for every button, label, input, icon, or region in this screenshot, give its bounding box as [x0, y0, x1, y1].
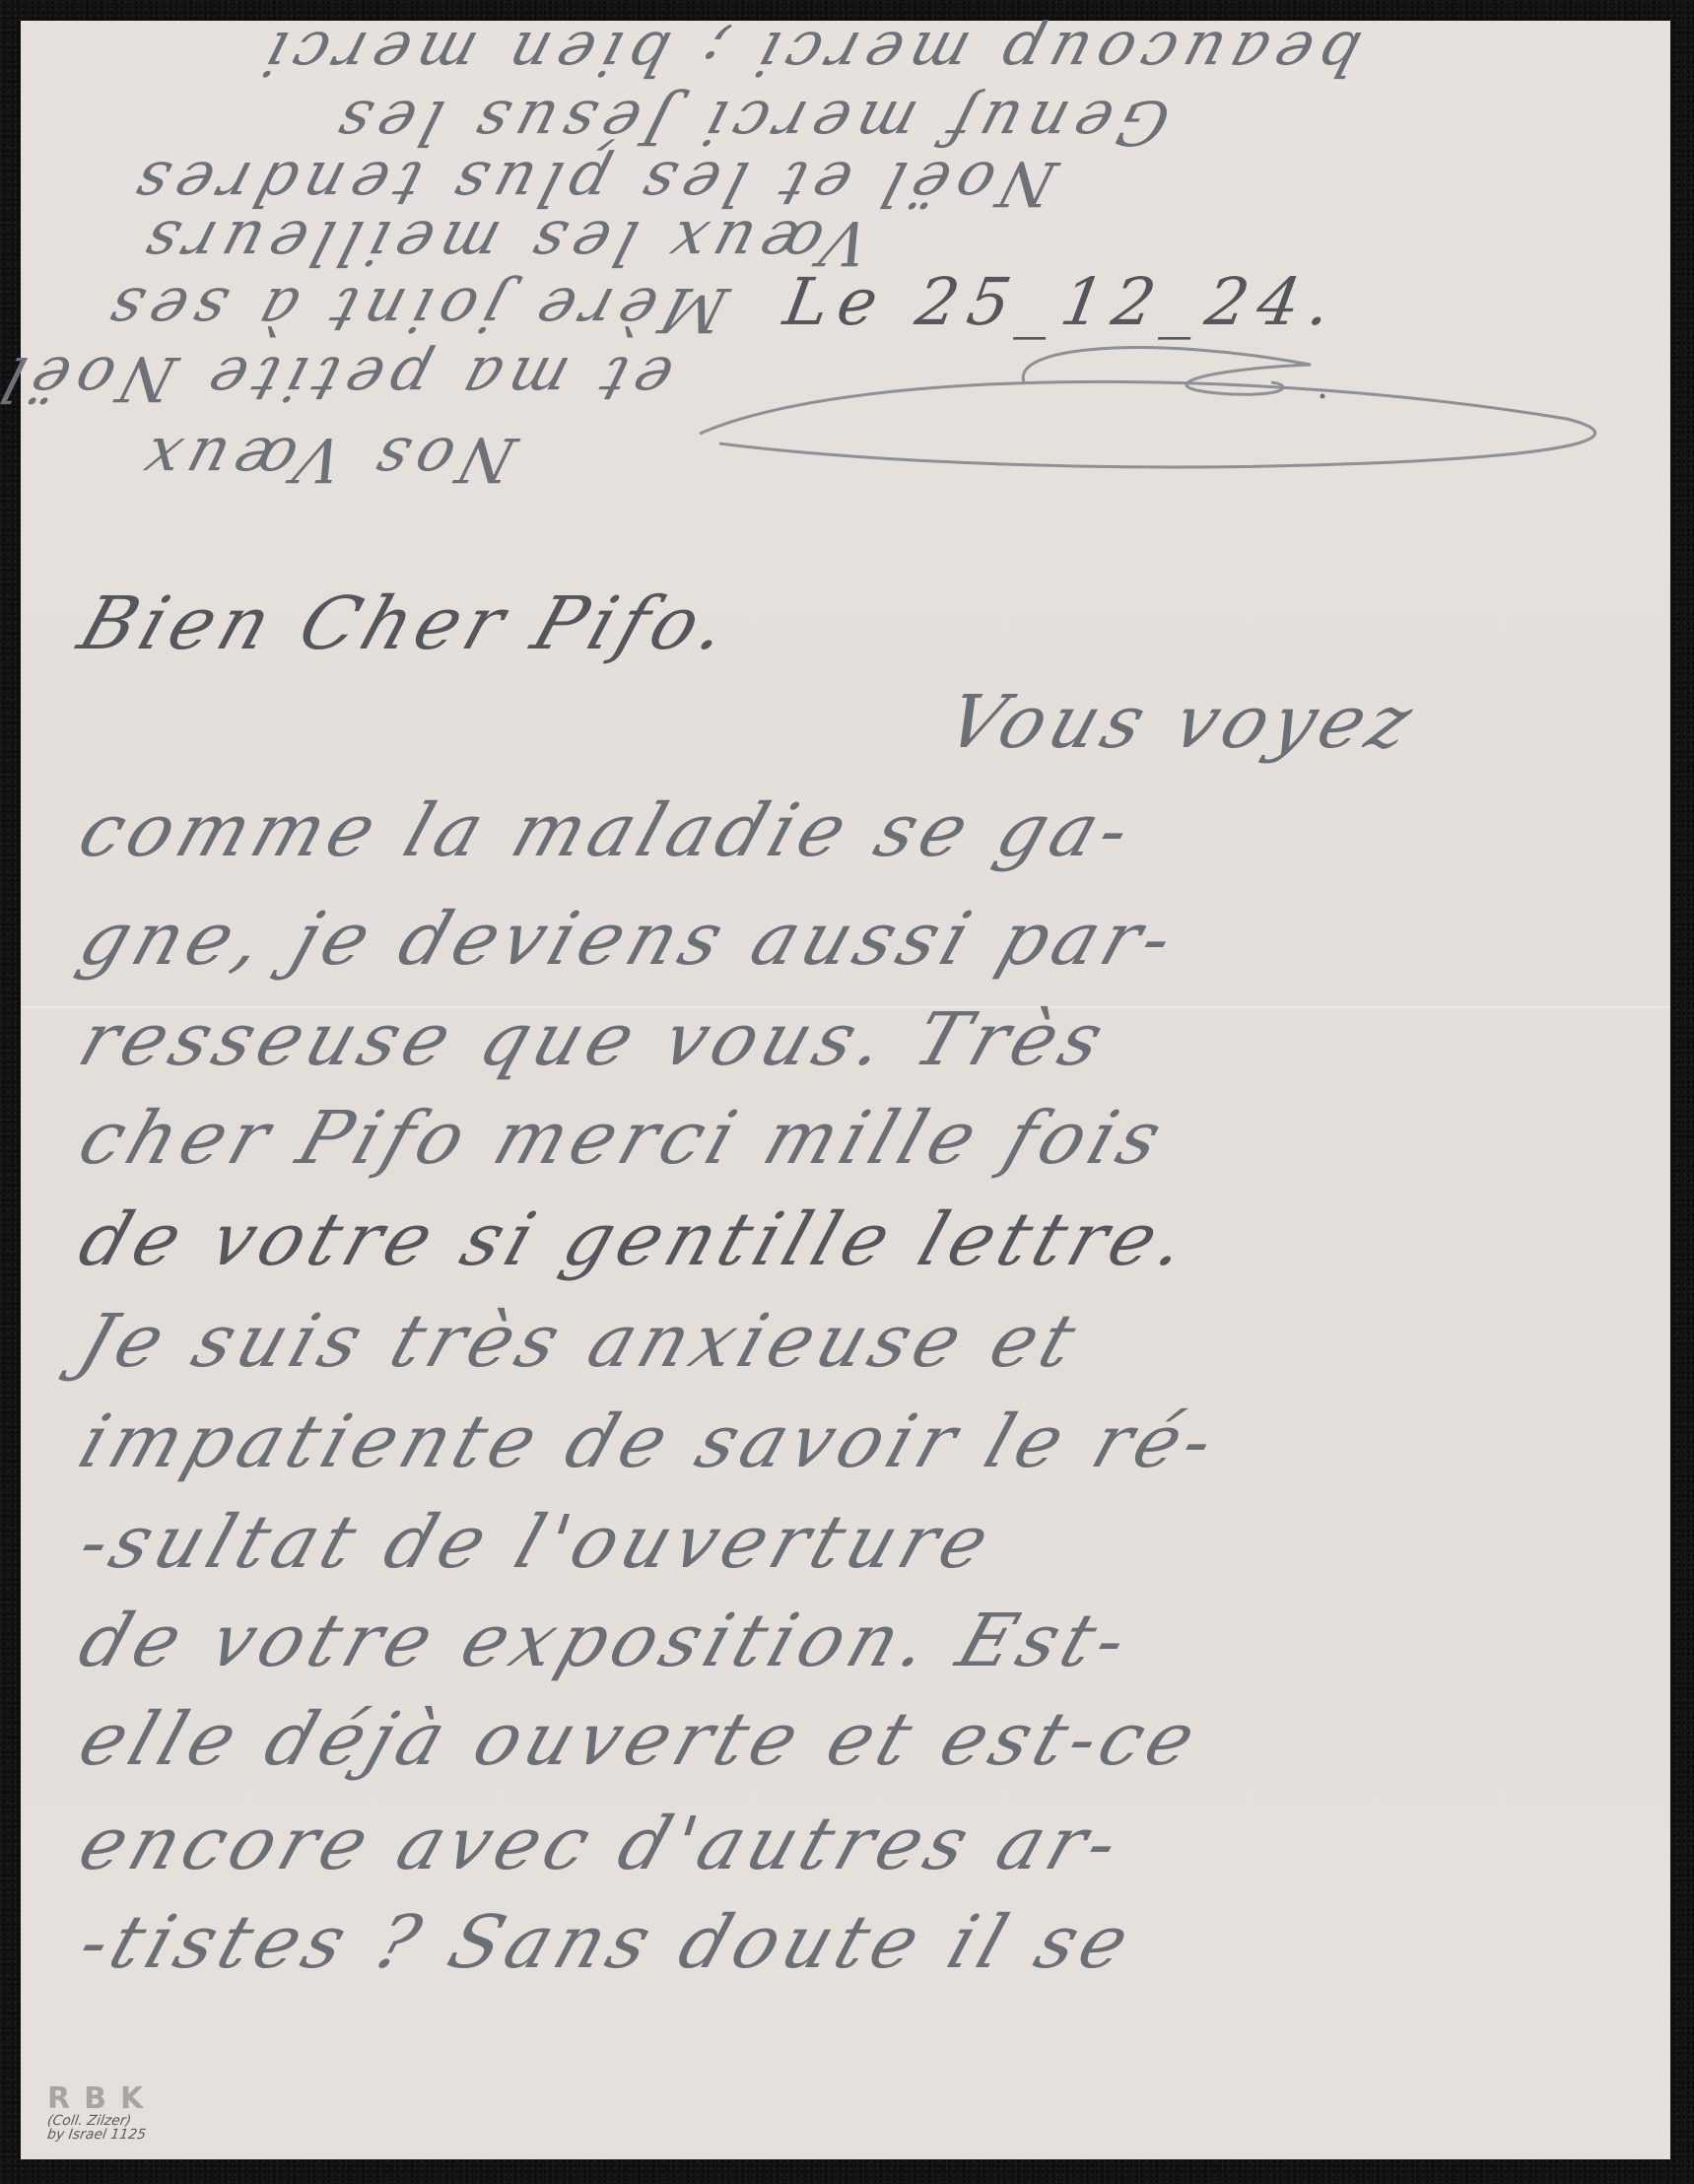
letter-body-line: comme la maladie se ga-	[69, 788, 1146, 873]
archive-note: by Israel 1125	[46, 2126, 159, 2144]
postscript-line: et ma petite Noël	[30, 343, 681, 415]
letter-body-line: elle déjà ouverte et est-ce	[69, 1697, 1211, 1782]
letter-body-line: -tistes ? Sans doute il se	[69, 1900, 1145, 1985]
archive-stamp: RBK (Coll. Zilzer) by Israel 1125	[47, 2082, 157, 2144]
letter-body-line: Vous voyez	[936, 680, 1428, 765]
letter-body-line: -sultat de l'ouverture	[69, 1500, 1005, 1585]
postscript-line: Nos Vœux	[39, 424, 612, 496]
signature-flourish	[680, 325, 1665, 483]
letter-body-line: Je suis très anxieuse et	[69, 1299, 1092, 1384]
letter-body-line: cher Pifo merci mille fois	[69, 1096, 1178, 1181]
letter-greeting: Bien Cher Pifo.	[69, 581, 745, 666]
letter-body-line: de votre exposition. Est-	[69, 1599, 1143, 1683]
letter-body-line: impatiente de savoir le ré-	[69, 1399, 1230, 1484]
letter-body-line: de votre si gentille lettre.	[69, 1197, 1203, 1282]
letter-body-line: resseuse que vous. Très	[69, 997, 1119, 1082]
letter-body-line: gne, je deviens aussi par-	[69, 897, 1188, 982]
letter-body-line: encore avec d'autres ar-	[69, 1802, 1134, 1886]
archive-stamp-mark: RBK	[47, 2082, 157, 2116]
postscript-line: beaucoup merci ; bien merci	[108, 18, 1509, 90]
